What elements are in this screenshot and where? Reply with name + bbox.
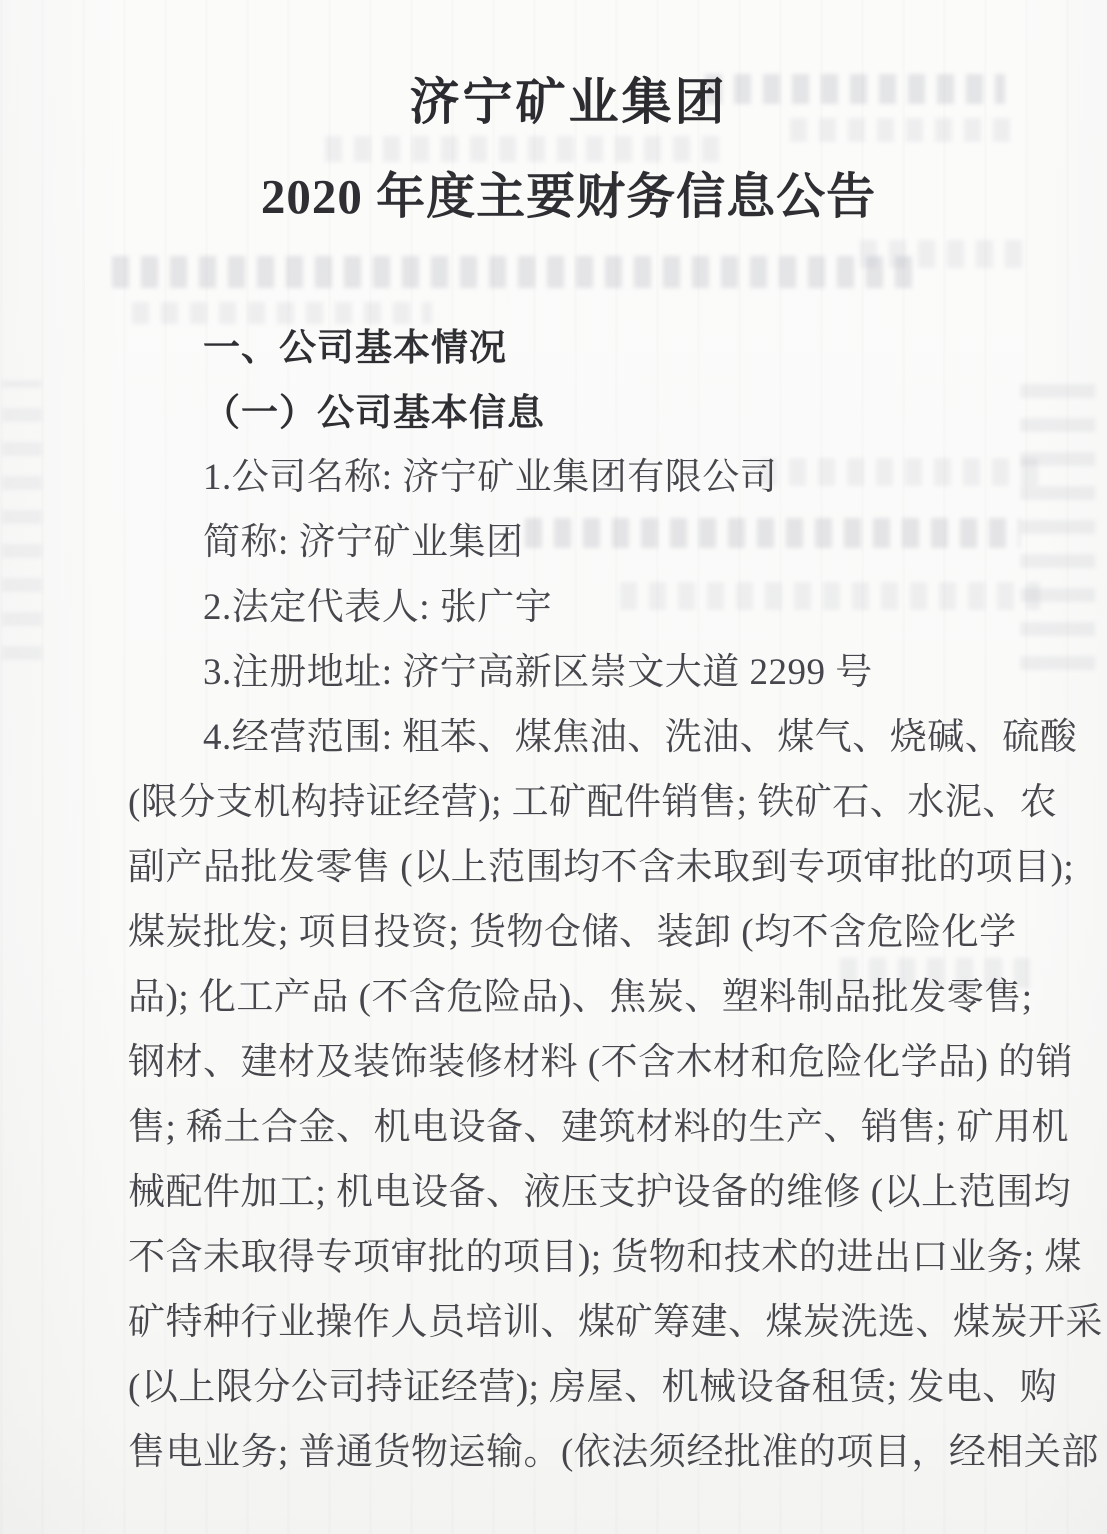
- scan-bleed-through: [112, 256, 912, 288]
- legal-representative-line: 2.法定代表人: 张广宇: [128, 575, 1023, 640]
- short-name-line: 简称: 济宁矿业集团: [128, 510, 1023, 575]
- business-scope-line: 煤炭批发; 项目投资; 货物仓储、装卸 (均不含危险化学: [128, 900, 1023, 965]
- section-heading: 一、公司基本情况: [128, 315, 1023, 380]
- scan-bleed-through: [2, 380, 42, 660]
- business-scope-line: 副产品批发零售 (以上范围均不含未取到专项审批的项目);: [128, 835, 1023, 900]
- document-subtitle: 2020 年度主要财务信息公告: [30, 158, 1107, 228]
- document-title: 济宁矿业集团: [30, 62, 1107, 134]
- business-scope-line: (限分支机构持证经营); 工矿配件销售; 铁矿石、水泥、农: [128, 770, 1023, 835]
- registered-address-line: 3.注册地址: 济宁高新区崇文大道 2299 号: [128, 640, 1023, 705]
- scanned-document-page: 济宁矿业集团 2020 年度主要财务信息公告 一、公司基本情况 （一）公司基本信…: [0, 0, 1107, 1534]
- business-scope-line: 4.经营范围: 粗苯、煤焦油、洗油、煤气、烧碱、硫酸: [128, 705, 1023, 770]
- company-name-line: 1.公司名称: 济宁矿业集团有限公司: [128, 445, 1023, 510]
- business-scope-line: 售电业务; 普通货物运输。(依法须经批准的项目，经相关部: [128, 1420, 1023, 1485]
- business-scope-line: (以上限分公司持证经营); 房屋、机械设备租赁; 发电、购: [128, 1355, 1023, 1420]
- scan-bleed-through: [860, 240, 1030, 268]
- business-scope-line: 不含未取得专项审批的项目); 货物和技术的进出口业务; 煤: [128, 1225, 1023, 1290]
- document-body: 一、公司基本情况 （一）公司基本信息 1.公司名称: 济宁矿业集团有限公司 简称…: [128, 315, 1023, 1485]
- business-scope-line: 品); 化工产品 (不含危险品)、焦炭、塑料制品批发零售;: [128, 965, 1023, 1030]
- business-scope-line: 矿特种行业操作人员培训、煤矿筹建、煤炭洗选、煤炭开采: [128, 1290, 1023, 1355]
- business-scope-line: 械配件加工; 机电设备、液压支护设备的维修 (以上范围均: [128, 1160, 1023, 1225]
- business-scope-line: 钢材、建材及装饰装修材料 (不含木材和危险化学品) 的销: [128, 1030, 1023, 1095]
- business-scope-line: 售; 稀土合金、机电设备、建筑材料的生产、销售; 矿用机: [128, 1095, 1023, 1160]
- scan-bleed-through: [1020, 370, 1095, 670]
- subsection-heading: （一）公司基本信息: [128, 380, 1023, 445]
